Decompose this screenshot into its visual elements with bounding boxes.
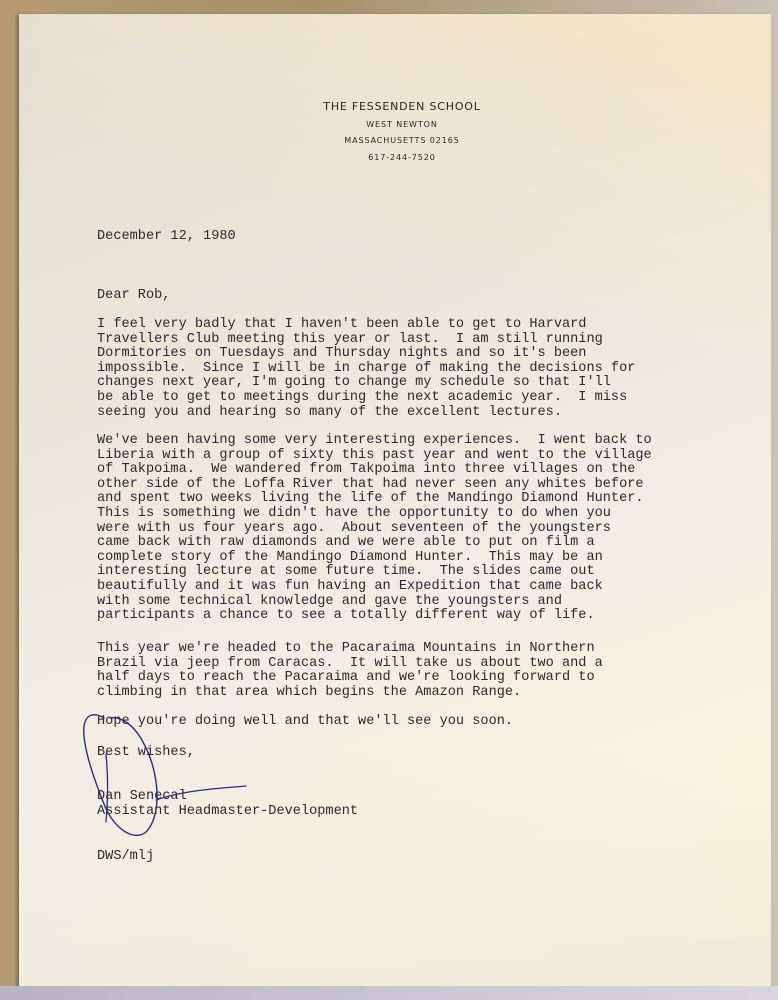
signer-name: Dan Senecal: [97, 790, 187, 805]
school-name: THE FESSENDEN SCHOOL: [33, 100, 771, 113]
signoff: Best wishes,: [97, 746, 195, 761]
body-paragraph-1: I feel very badly that I haven't been ab…: [97, 318, 635, 420]
school-state-zip: MASSACHUSETTS 02165: [33, 136, 771, 145]
body-paragraph-2: We've been having some very interesting …: [97, 434, 652, 624]
letter-date: December 12, 1980: [97, 230, 236, 245]
salutation: Dear Rob,: [97, 289, 170, 304]
school-city: WEST NEWTON: [33, 120, 771, 129]
typist-initials: DWS/mlj: [97, 850, 154, 865]
background-surface: [0, 986, 778, 1000]
body-paragraph-3: This year we're headed to the Pacaraima …: [97, 642, 603, 700]
closing-line: Hope you're doing well and that we'll se…: [97, 715, 513, 730]
school-phone: 617-244-7520: [33, 153, 771, 162]
signer-title: Assistant Headmaster-Development: [97, 805, 358, 820]
letter-page: THE FESSENDEN SCHOOL WEST NEWTON MASSACH…: [19, 14, 771, 986]
letterhead: THE FESSENDEN SCHOOL WEST NEWTON MASSACH…: [19, 100, 771, 162]
